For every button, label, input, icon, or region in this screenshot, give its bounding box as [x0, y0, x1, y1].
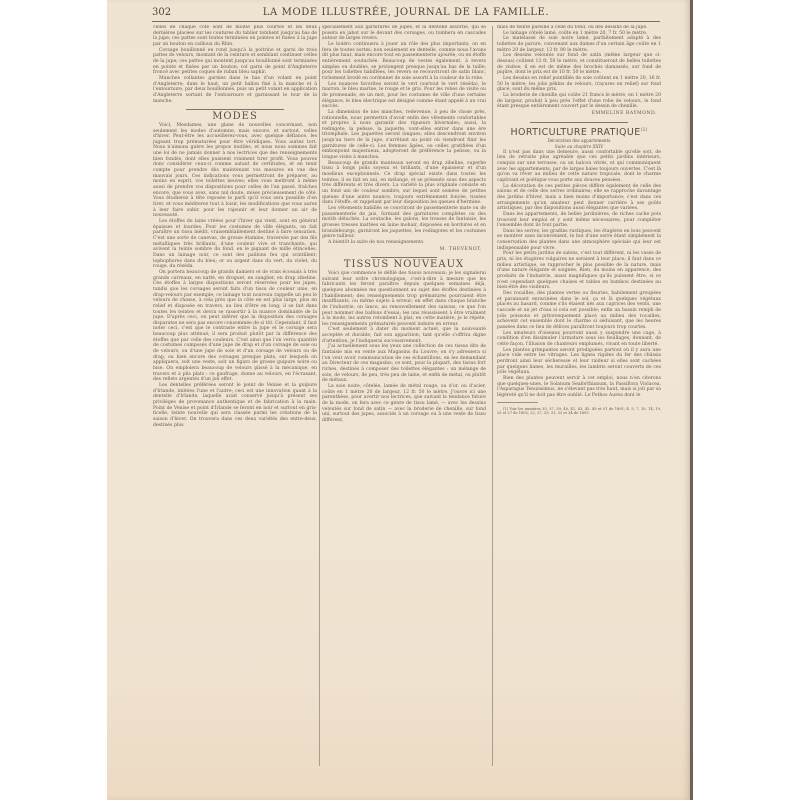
author-signature: M. THEVENOT.: [322, 247, 482, 253]
column-right: mais de teinte pareille à celle du fond,…: [497, 25, 661, 770]
author-signature: EMMELINE RAYMOND.: [497, 111, 657, 117]
section-divider: [530, 122, 628, 123]
section-title-tissus: TISSUS NOUVEAUX: [322, 262, 486, 268]
paragraph: Corsage bouillonné en rond jusqu'à la po…: [153, 48, 317, 76]
paragraph: La soie noire, côtelée, lamée de métal r…: [322, 384, 486, 424]
paragraph: C'est seulement à dater du moment actuel…: [322, 327, 486, 344]
section-title-horticulture: HORTICULTURE PRATIQUE(1): [497, 127, 661, 136]
footnote-marker: (1): [641, 127, 648, 132]
paragraph: Les nuances favorites seront le vert (su…: [322, 82, 486, 110]
paragraph: A bientôt la suite de nos renseignements…: [322, 240, 486, 246]
paragraph: La dimension de nos manches, redevenue, …: [322, 110, 486, 161]
running-title: LA MODE ILLUSTRÉE, JOURNAL DE LA FAMILLE…: [152, 7, 660, 18]
paragraph: Les dessins veloutés sur fond de satin (…: [497, 53, 661, 76]
footnote: (1) Voir les numéros 35, 37, 39, 40, 41,…: [497, 407, 661, 416]
paragraph: Manches collantes garnies dans le bas d'…: [153, 76, 317, 104]
paragraph: La broderie de chenille qui coûte 21 fra…: [497, 93, 661, 110]
paragraph: La décoration de ces petites pièces diff…: [497, 184, 661, 212]
column-middle: spécialement aux garnitures de jupes, et…: [322, 25, 486, 770]
section-title-modes: MODES: [153, 114, 317, 120]
footnote-rule: [497, 402, 538, 403]
paragraph: Le matelassé de soie noire lamé, parfait…: [497, 36, 661, 53]
paragraph: Voici, Mesdames, une glane de nouvelles …: [153, 123, 317, 219]
paragraph: Il n'est pas dans une demeure, aussi con…: [497, 150, 661, 184]
paragraph: Les étoffes de laine créées pour l'hiver…: [153, 219, 317, 270]
paragraph: On portera beaucoup de grands damiers et…: [153, 270, 317, 383]
paragraph: Les dentelles préférées seront le point …: [153, 383, 317, 428]
horticulture-title-text: HORTICULTURE PRATIQUE: [510, 127, 640, 138]
header-rule: [152, 21, 660, 22]
section-divider: [186, 109, 284, 110]
paragraph: Voici que commence le défilé des tissus …: [322, 271, 486, 328]
column-divider: [319, 26, 320, 766]
paragraph: Bien des plantes peuvent servir à cet em…: [497, 376, 661, 399]
paragraph: Dans les serres, les gradins rustiques, …: [497, 229, 661, 252]
paragraph: mais de teinte pareille à celle du fond,…: [497, 25, 661, 31]
paragraph: Dans les appartements, de belles jardini…: [497, 212, 661, 229]
paragraph: Beaucoup de grands manteaux seront en dr…: [322, 161, 486, 206]
paragraph: Les vêtements habillés se couvriront de …: [322, 206, 486, 240]
column-divider: [492, 26, 493, 766]
paragraph: Le boléro continuera à jouer un rôle des…: [322, 42, 486, 82]
paragraph: J'ai actuellement sous les yeux une coll…: [322, 344, 486, 384]
page-edge: [690, 0, 693, 800]
paragraph: Des rocailles, des plantes vertes ou fle…: [497, 291, 661, 331]
paragraph: Les dessins en relief pointillés de soie…: [497, 76, 661, 93]
column-left: celles de chaque côté sont de moitié plu…: [153, 25, 317, 770]
page-header: 302 LA MODE ILLUSTRÉE, JOURNAL DE LA FAM…: [152, 4, 660, 22]
paragraph: Les amateurs d'oiseaux pourront aussi y …: [497, 331, 661, 348]
paragraph: Pour les petits jardins de salons, c'est…: [497, 251, 661, 291]
paragraph: Les plantes grimpantes seront prodiguées…: [497, 348, 661, 376]
paragraph: celles de chaque côté sont de moitié plu…: [153, 25, 317, 48]
section-divider: [371, 257, 437, 258]
paragraph: spécialement aux garnitures de jupes, et…: [322, 25, 486, 42]
